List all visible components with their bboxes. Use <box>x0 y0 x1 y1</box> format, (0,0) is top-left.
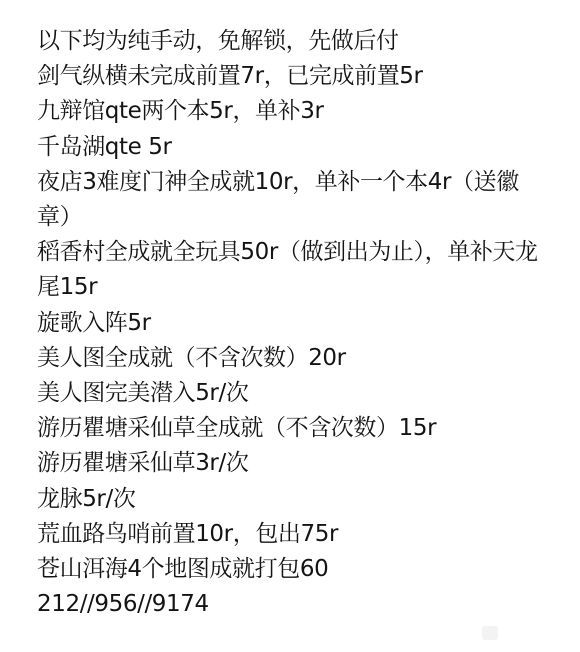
price-line-jianqi: 剑气纵横未完成前置7r，已完成前置5r <box>37 59 549 94</box>
contact-number: 212//956//9174 <box>37 587 549 622</box>
price-line-yedian: 夜店3难度门神全成就10r，单补一个本4r（送徽章） <box>37 165 549 235</box>
price-line-qiandaohu: 千岛湖qte 5r <box>37 130 549 165</box>
price-line-qutang-herbs: 游历瞿塘采仙草3r/次 <box>37 446 549 481</box>
price-line-xuange: 旋歌入阵5r <box>37 306 549 341</box>
intro-line: 以下均为纯手动，免解锁，先做后付 <box>37 24 549 59</box>
price-line-cangshan: 苍山洱海4个地图成就打包60 <box>37 552 549 587</box>
price-line-meirentu-stealth: 美人图完美潜入5r/次 <box>37 376 549 411</box>
price-line-qutang-achievements: 游历瞿塘采仙草全成就（不含次数）15r <box>37 411 549 446</box>
price-line-daoxiangcun: 稻香村全成就全玩具50r（做到出为止），单补天龙尾15r <box>37 235 549 305</box>
price-line-longmai: 龙脉5r/次 <box>37 482 549 517</box>
price-line-huangxuelu: 荒血路鸟哨前置10r，包出75r <box>37 517 549 552</box>
watermark-icon <box>482 626 498 640</box>
price-line-jiubianguan: 九辩馆qte两个本5r，单补3r <box>37 94 549 129</box>
price-line-meirentu-achievements: 美人图全成就（不含次数）20r <box>37 341 549 376</box>
price-list-document: 以下均为纯手动，免解锁，先做后付 剑气纵横未完成前置7r，已完成前置5r 九辩馆… <box>37 24 549 622</box>
